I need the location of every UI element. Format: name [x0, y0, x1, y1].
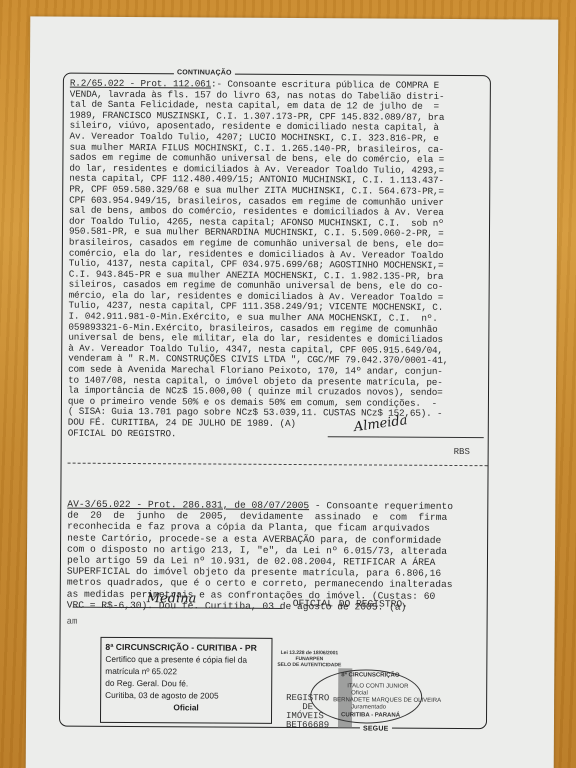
entry-r2-initials: RBS [454, 447, 470, 457]
oval-stamp-line-1: ITALO CONTI JUNIOR [347, 683, 408, 689]
certification-line-2: matrícula nº 65.022 [105, 665, 267, 678]
entry-av3: AV-3/65.022 - Prot. 286.831, de 08/07/20… [67, 499, 488, 614]
oval-stamp-line-3: BERNADETE MARQUES DE OLIVEIRA [333, 697, 441, 704]
register-stamp: REGISTRO DE IMÓVEIS BET66689 [286, 694, 329, 730]
registry-document-page: CONTINUAÇÃO SEGUE R.2/65.022 - Prot. 112… [26, 16, 559, 768]
certification-stamp: 8ª CIRCUNSCRIÇÃO - CURITIBA - PR Certifi… [100, 637, 273, 724]
entry-r2-body: :- Consoante escritura pública de COMPRA… [68, 78, 449, 438]
certification-line-1: Certifico que a presente é cópia fiel da [105, 653, 267, 666]
oval-stamp-line-4: Juramentado [351, 704, 386, 710]
certification-signature-label: Oficial [105, 701, 267, 714]
certification-line-3: do Reg. Geral. Dou fé. [105, 677, 267, 690]
entry-av3-body: - Consoante requerimento de 20 de junho … [67, 500, 453, 612]
follows-label: SEGUE [360, 725, 392, 732]
oval-stamp-line-2: Oficial [351, 690, 368, 696]
registrar-caption-2005: OFICIAL DO REGISTRO. [293, 598, 408, 610]
entry-r2: R.2/65.022 - Prot. 112.061:- Consoante e… [68, 79, 490, 442]
continuation-label: CONTINUAÇÃO [174, 69, 235, 76]
seal-subtitle: SELO DE AUTENTICIDADE [277, 662, 341, 668]
signature-2005: Medina [147, 591, 197, 606]
certification-line-4: Curitiba, 03 de agosto de 2005 [105, 689, 267, 702]
certification-title: 8ª CIRCUNSCRIÇÃO - CURITIBA - PR [105, 641, 267, 654]
oval-stamp-top: 8ª CIRCUNSCRIÇÃO [341, 672, 399, 678]
footer-initials: am [67, 617, 78, 627]
oval-stamp-bottom: CURITIBA - PARANÁ [341, 712, 400, 718]
